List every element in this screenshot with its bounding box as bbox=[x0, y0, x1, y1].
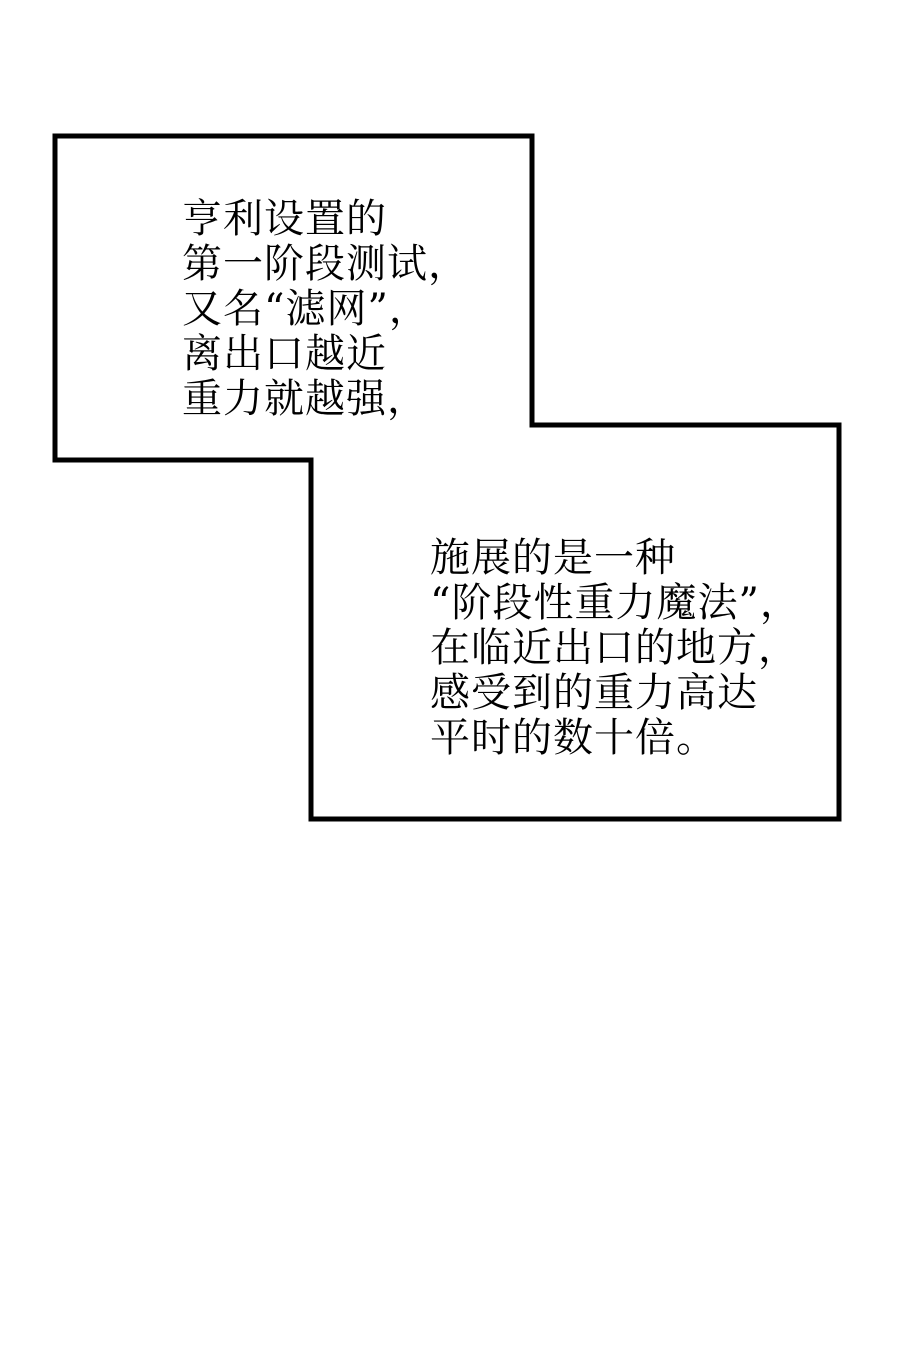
narration-line: 又名“滤网”， bbox=[182, 287, 469, 332]
narration-line: 施展的是一种 bbox=[430, 536, 801, 581]
narration-line: 离出口越近 bbox=[182, 332, 469, 377]
narration-line: 亨利设置的 bbox=[182, 197, 469, 242]
narration-text-block-2: 施展的是一种 “阶段性重力魔法”， 在临近出口的地方， 感受到的重力高达 平时的… bbox=[430, 536, 801, 761]
narration-line: 平时的数十倍。 bbox=[430, 716, 801, 761]
narration-line: 重力就越强， bbox=[182, 377, 469, 422]
comic-page: 亨利设置的 第一阶段测试， 又名“滤网”， 离出口越近 重力就越强， 施展的是一… bbox=[0, 0, 900, 1346]
narration-line: 第一阶段测试， bbox=[182, 242, 469, 287]
narration-text-block-1: 亨利设置的 第一阶段测试， 又名“滤网”， 离出口越近 重力就越强， bbox=[182, 197, 469, 422]
narration-line: 感受到的重力高达 bbox=[430, 671, 801, 716]
narration-line: 在临近出口的地方， bbox=[430, 626, 801, 671]
narration-line: “阶段性重力魔法”， bbox=[430, 581, 801, 626]
